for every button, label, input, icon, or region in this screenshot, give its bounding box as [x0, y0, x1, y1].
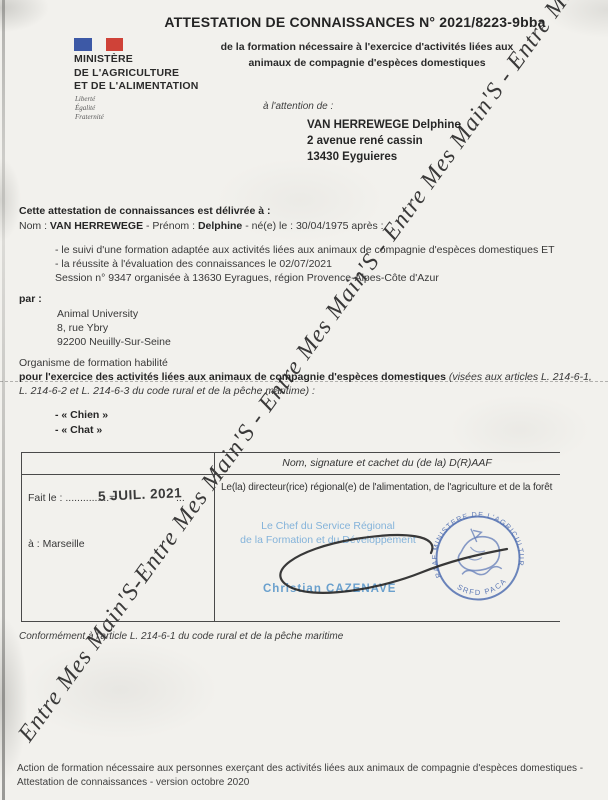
org-name: Animal University — [57, 307, 171, 321]
ministry-line1: MINISTÈRE — [74, 53, 199, 67]
habilitation-line3: L. 214-6-2 et L. 214-6-3 du code rural e… — [19, 385, 315, 397]
table-border-top — [21, 452, 560, 453]
motto-egalite: Égalité — [75, 104, 104, 113]
date-trailing-dots: ... — [176, 492, 185, 504]
bullet-evaluation: - la réussite à l'évaluation des connais… — [55, 258, 332, 270]
document-title: ATTESTATION DE CONNAISSANCES N° 2021/822… — [105, 14, 605, 30]
subtitle-line1: de la formation nécessaire à l'exercice … — [167, 39, 567, 55]
habilitation-italic1: (visées aux articles L. 214-6-1, — [449, 371, 592, 383]
table-border-bottom — [21, 621, 560, 622]
species-chat: - « Chat » — [55, 424, 102, 436]
flag-blue-block — [74, 38, 92, 51]
subtitle-line2: animaux de compagnie d'espèces domestiqu… — [167, 55, 567, 71]
habilitation-line1: Organisme de formation habilité — [19, 357, 168, 369]
flag-white-block — [96, 38, 101, 51]
prenom-value: Delphine — [198, 220, 242, 232]
habilitation-bold: pour l'exercice des activités liées aux … — [19, 371, 449, 383]
republic-motto: Liberté Égalité Fraternité — [75, 95, 104, 122]
ministry-name: MINISTÈRE DE L'AGRICULTURE ET DE L'ALIME… — [74, 53, 199, 94]
delivered-heading: Cette attestation de connaissances est d… — [19, 205, 271, 217]
organisme-block: Animal University 8, rue Ybry 92200 Neui… — [57, 307, 171, 349]
document-subtitle: de la formation nécessaire à l'exercice … — [167, 39, 567, 71]
bullet-formation: - le suivi d'une formation adaptée aux a… — [55, 244, 555, 256]
birth-suffix: - né(e) le : 30/04/1975 après : — [242, 220, 383, 232]
footer-line2: Attestation de connaissances - version o… — [17, 776, 597, 790]
nom-value: VAN HERREWEGE — [50, 220, 143, 232]
director-title: Le(la) directeur(rice) régional(e) de l'… — [221, 481, 569, 495]
footer-text: Action de formation nécessaire aux perso… — [17, 762, 597, 790]
scan-edge-artifact — [2, 0, 5, 800]
nom-label: Nom : — [19, 220, 50, 232]
attestation-document: Entre Mes Main'S-Entre Mes Main'S - Entr… — [0, 0, 608, 800]
ministry-line3: ET DE L'ALIMENTATION — [74, 80, 199, 94]
ministry-line2: DE L'AGRICULTURE — [74, 67, 199, 81]
place-line: à : Marseille — [28, 538, 85, 550]
table-header-right: Nom, signature et cachet du (de la) D(R)… — [214, 457, 560, 469]
motto-fraternite: Fraternité — [75, 113, 104, 122]
footer-line1: Action de formation nécessaire aux perso… — [17, 762, 597, 776]
motto-liberte: Liberté — [75, 95, 104, 104]
species-chien: - « Chien » — [55, 409, 108, 421]
french-flag-icon — [74, 38, 123, 51]
org-address1: 8, rue Ybry — [57, 321, 171, 335]
table-border-left — [21, 452, 22, 621]
recipient-address-block: VAN HERREWEGE Delphine 2 avenue rené cas… — [307, 117, 461, 165]
org-address2: 92200 Neuilly-Sur-Seine — [57, 335, 171, 349]
prenom-label: - Prénom : — [143, 220, 198, 232]
table-border-header — [21, 474, 560, 475]
habilitation-line2: pour l'exercice des activités liées aux … — [19, 371, 592, 383]
date-stamp: 5 JUIL. 2021 — [98, 485, 183, 504]
table-divider — [214, 452, 215, 621]
recipient-address1: 2 avenue rené cassin — [307, 133, 461, 149]
recipient-name: VAN HERREWEGE Delphine — [307, 117, 461, 133]
par-label: par : — [19, 293, 42, 305]
flag-red-block — [106, 38, 123, 51]
fait-le-label: Fait le : — [28, 492, 65, 504]
footnote: Conformément à l'article L. 214-6-1 du c… — [19, 631, 343, 642]
recipient-address2: 13430 Eyguieres — [307, 149, 461, 165]
session-line: Session n° 9347 organisée à 13630 Eyragu… — [55, 272, 439, 284]
handwritten-signature — [235, 515, 515, 615]
identity-line: Nom : VAN HERREWEGE - Prénom : Delphine … — [19, 220, 384, 232]
attention-label: à l'attention de : — [263, 101, 333, 112]
